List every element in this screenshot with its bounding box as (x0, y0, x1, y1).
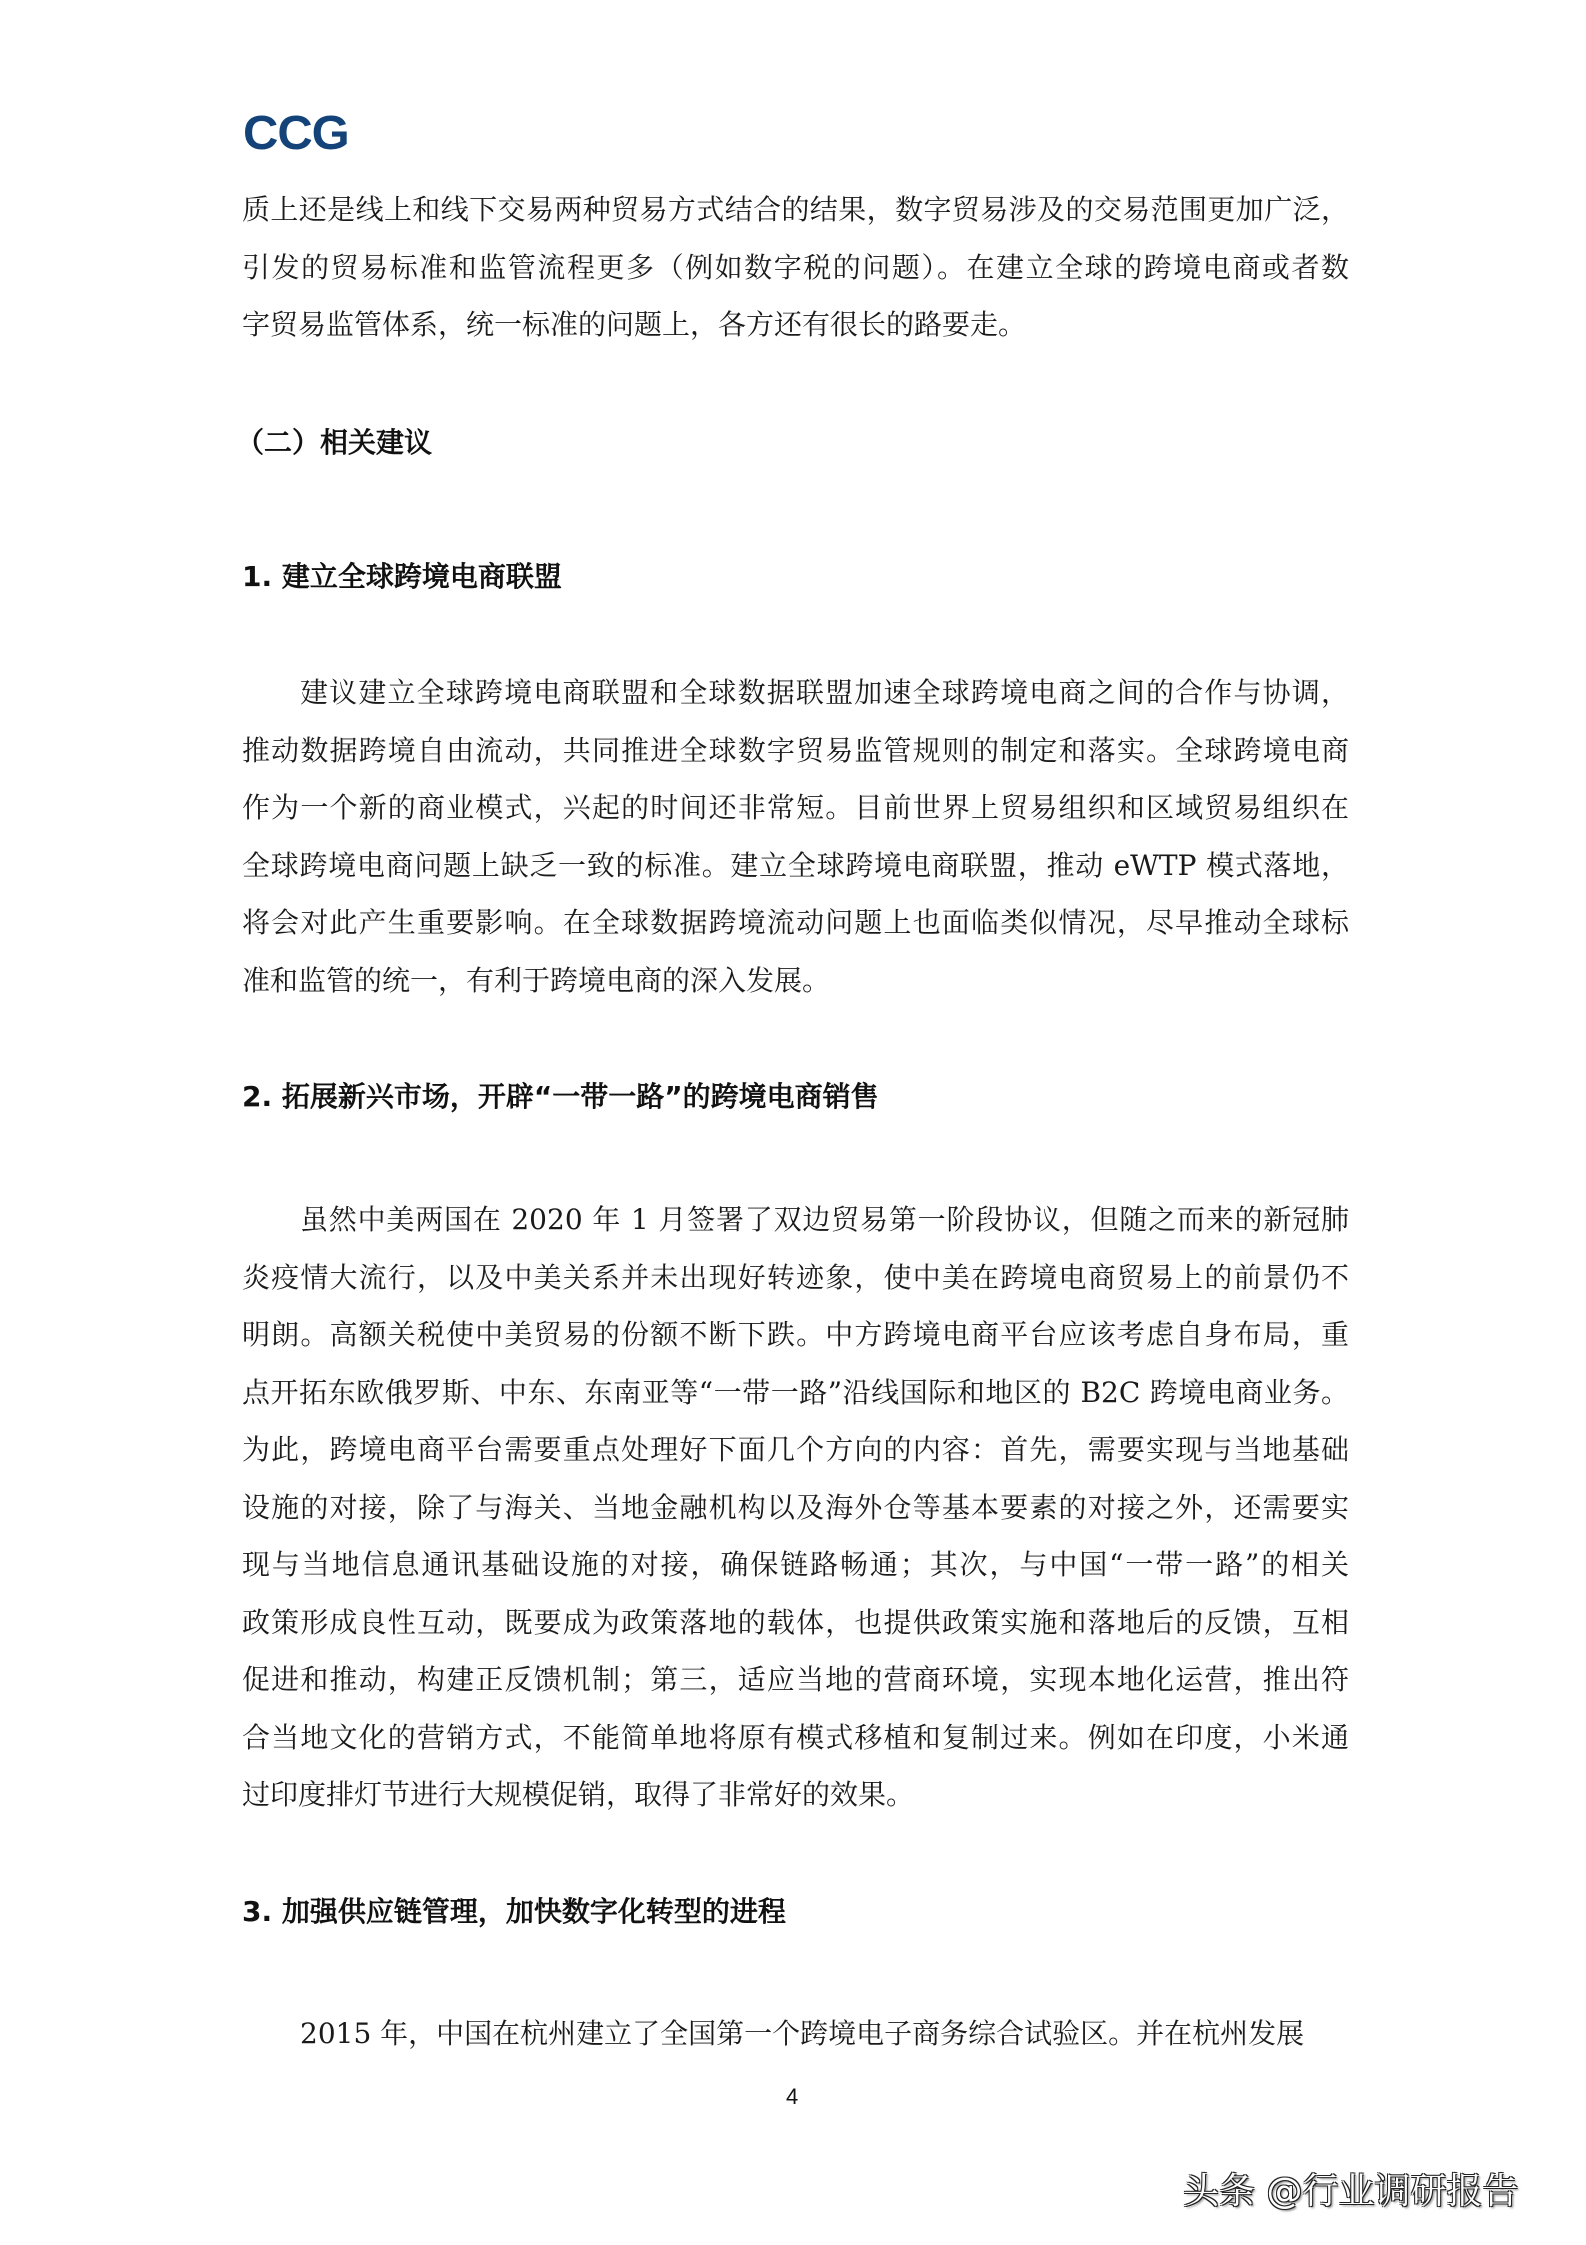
ccg-logo: CCG (243, 112, 349, 156)
text-line: 将会对此产生重要影响。在全球数据跨境流动问题上也面临类似情况，尽早推动全球标 (242, 894, 1349, 952)
text-line: 过印度排灯节进行大规模促销，取得了非常好的效果。 (242, 1766, 1349, 1824)
text-line: 促进和推动，构建正反馈机制；第三，适应当地的营商环境，实现本地化运营，推出符 (242, 1651, 1349, 1709)
watermark: 头条 @行业调研报告 (1183, 2170, 1518, 2214)
text-line: 现与当地信息通讯基础设施的对接，确保链路畅通；其次，与中国“一带一路”的相关 (242, 1536, 1349, 1594)
paragraph-2: 虽然中美两国在 2020 年 1 月签署了双边贸易第一阶段协议，但随之而来的新冠… (242, 1191, 1349, 1824)
text-line: 虽然中美两国在 2020 年 1 月签署了双边贸易第一阶段协议，但随之而来的新冠… (242, 1191, 1349, 1249)
page-number: 4 (786, 2084, 798, 2110)
text-line: 点开拓东欧俄罗斯、中东、东南亚等“一带一路”沿线国际和地区的 B2C 跨境电商业… (242, 1364, 1349, 1422)
subsection-title-1: 1. 建立全球跨境电商联盟 (242, 557, 562, 597)
text-line: 作为一个新的商业模式，兴起的时间还非常短。目前世界上贸易组织和区域贸易组织在 (242, 779, 1349, 837)
text-line: 全球跨境电商问题上缺乏一致的标准。建立全球跨境电商联盟，推动 eWTP 模式落地… (242, 837, 1349, 895)
text-line: 字贸易监管体系，统一标准的问题上，各方还有很长的路要走。 (242, 296, 1349, 354)
text-line: 推动数据跨境自由流动，共同推进全球数字贸易监管规则的制定和落实。全球跨境电商 (242, 722, 1349, 780)
section-title: （二）相关建议 (236, 423, 432, 463)
text-line: 政策形成良性互动，既要成为政策落地的载体，也提供政策实施和落地后的反馈，互相 (242, 1594, 1349, 1652)
text-line: 质上还是线上和线下交易两种贸易方式结合的结果，数字贸易涉及的交易范围更加广泛， (242, 181, 1349, 239)
text-line: 准和监管的统一，有利于跨境电商的深入发展。 (242, 952, 1349, 1010)
text-line: 为此，跨境电商平台需要重点处理好下面几个方向的内容：首先，需要实现与当地基础 (242, 1421, 1349, 1479)
text-line: 炎疫情大流行，以及中美关系并未出现好转迹象，使中美在跨境电商贸易上的前景仍不 (242, 1249, 1349, 1307)
text-line: 建议建立全球跨境电商联盟和全球数据联盟加速全球跨境电商之间的合作与协调， (242, 664, 1349, 722)
text-line: 合当地文化的营销方式，不能简单地将原有模式移植和复制过来。例如在印度，小米通 (242, 1709, 1349, 1767)
text-line: 设施的对接，除了与海关、当地金融机构以及海外仓等基本要素的对接之外，还需要实 (242, 1479, 1349, 1537)
intro-paragraph: 质上还是线上和线下交易两种贸易方式结合的结果，数字贸易涉及的交易范围更加广泛， … (242, 181, 1349, 354)
subsection-title-3: 3. 加强供应链管理，加快数字化转型的进程 (242, 1892, 786, 1932)
paragraph-1: 建议建立全球跨境电商联盟和全球数据联盟加速全球跨境电商之间的合作与协调， 推动数… (242, 664, 1349, 1009)
paragraph-3: 2015 年，中国在杭州建立了全国第一个跨境电子商务综合试验区。并在杭州发展 (242, 2005, 1349, 2063)
text-line: 明朗。高额关税使中美贸易的份额不断下跌。中方跨境电商平台应该考虑自身布局，重 (242, 1306, 1349, 1364)
text-line: 2015 年，中国在杭州建立了全国第一个跨境电子商务综合试验区。并在杭州发展 (242, 2005, 1349, 2063)
subsection-title-2: 2. 拓展新兴市场，开辟“一带一路”的跨境电商销售 (242, 1077, 879, 1117)
text-line: 引发的贸易标准和监管流程更多（例如数字税的问题）。在建立全球的跨境电商或者数 (242, 239, 1349, 297)
